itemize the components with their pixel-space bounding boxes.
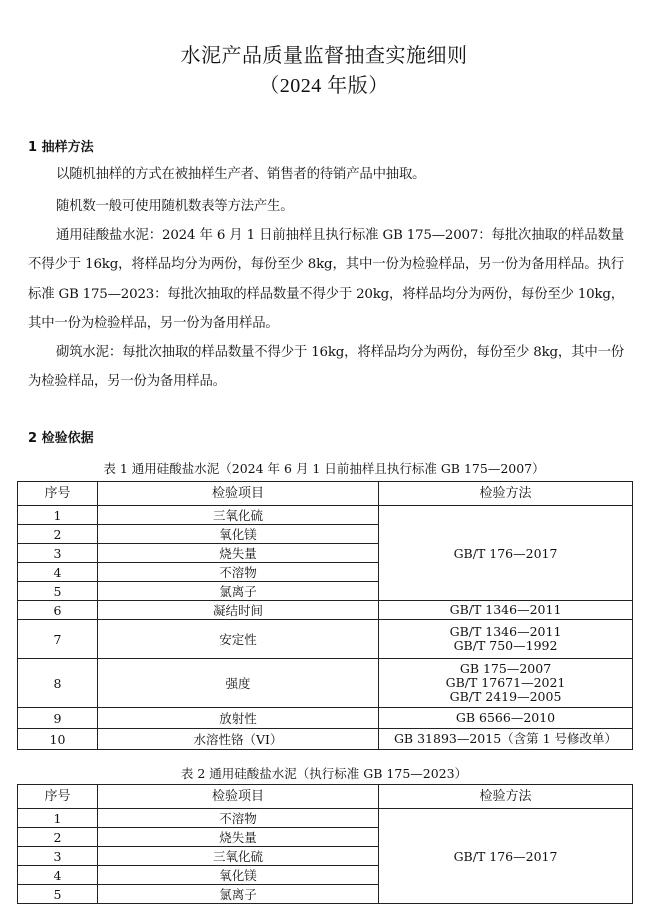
document-title: 水泥产品质量监督抽查实施细则: [0, 43, 648, 67]
row-method: GB 6566—2010: [379, 708, 633, 729]
row-item: 水溶性铬（VI）: [98, 729, 379, 750]
row-method-merged: GB/T 176—2017: [379, 809, 633, 904]
row-method: GB 31893—2015（含第 1 号修改单）: [379, 729, 633, 750]
row-method: GB 175—2007 GB/T 17671—2021 GB/T 2419—20…: [379, 659, 633, 708]
row-item: 烧失量: [98, 544, 379, 563]
row-no: 5: [18, 582, 98, 601]
row-no: 1: [18, 506, 98, 525]
table1-header-item: 检验项目: [98, 482, 379, 506]
row-item: 氧化镁: [98, 866, 379, 885]
row-no: 3: [18, 544, 98, 563]
table1-inspection-items: 序号 检验项目 检验方法 1 三氧化硫 GB/T 176—2017 2 氧化镁 …: [17, 481, 633, 750]
table1-header-row: 序号 检验项目 检验方法: [18, 482, 633, 506]
method-line: GB 6566—2010: [379, 711, 632, 725]
table-row: 1 三氧化硫 GB/T 176—2017: [18, 506, 633, 525]
method-line: GB/T 17671—2021: [379, 676, 632, 690]
paragraph-portland-cement-sampling: 通用硅酸盐水泥：2024 年 6 月 1 日前抽样且执行标准 GB 175—20…: [28, 221, 624, 338]
table2-caption: 表 2 通用硅酸盐水泥（执行标准 GB 175—2023）: [0, 766, 648, 782]
row-no: 5: [18, 885, 98, 904]
table-row: 6 凝结时间 GB/T 1346—2011: [18, 601, 633, 620]
table-row: 7 安定性 GB/T 1346—2011 GB/T 750—1992: [18, 620, 633, 659]
row-no: 4: [18, 563, 98, 582]
method-line: GB/T 2419—2005: [379, 690, 632, 704]
table2-header-item: 检验项目: [98, 785, 379, 809]
row-item: 三氧化硫: [98, 506, 379, 525]
row-item: 放射性: [98, 708, 379, 729]
method-line: GB/T 750—1992: [379, 639, 632, 653]
row-no: 9: [18, 708, 98, 729]
table-row: 8 强度 GB 175—2007 GB/T 17671—2021 GB/T 24…: [18, 659, 633, 708]
row-item: 氧化镁: [98, 525, 379, 544]
row-no: 10: [18, 729, 98, 750]
method-line: GB/T 1346—2011: [379, 603, 632, 617]
row-item: 凝结时间: [98, 601, 379, 620]
row-item: 三氧化硫: [98, 847, 379, 866]
row-item: 氯离子: [98, 885, 379, 904]
row-no: 1: [18, 809, 98, 828]
row-item: 不溶物: [98, 809, 379, 828]
row-no: 4: [18, 866, 98, 885]
row-method-merged: GB/T 176—2017: [379, 506, 633, 601]
table1-header-method: 检验方法: [379, 482, 633, 506]
row-item: 不溶物: [98, 563, 379, 582]
row-method: GB/T 1346—2011 GB/T 750—1992: [379, 620, 633, 659]
row-item: 强度: [98, 659, 379, 708]
method-line: GB/T 1346—2011: [379, 625, 632, 639]
row-no: 3: [18, 847, 98, 866]
row-no: 8: [18, 659, 98, 708]
table-row: 1 不溶物 GB/T 176—2017: [18, 809, 633, 828]
row-item: 氯离子: [98, 582, 379, 601]
row-no: 6: [18, 601, 98, 620]
row-method: GB/T 1346—2011: [379, 601, 633, 620]
table2-header-no: 序号: [18, 785, 98, 809]
method-line: GB 31893—2015（含第 1 号修改单）: [379, 732, 632, 746]
document-subtitle: （2024 年版）: [0, 74, 648, 98]
table-row: 9 放射性 GB 6566—2010: [18, 708, 633, 729]
table2-header-row: 序号 检验项目 检验方法: [18, 785, 633, 809]
table2-inspection-items: 序号 检验项目 检验方法 1 不溶物 GB/T 176—2017 2 烧失量 3…: [17, 784, 633, 904]
table1-header-no: 序号: [18, 482, 98, 506]
table1-caption: 表 1 通用硅酸盐水泥（2024 年 6 月 1 日前抽样且执行标准 GB 17…: [0, 461, 648, 477]
paragraph-masonry-cement-sampling: 砌筑水泥：每批次抽取的样品数量不得少于 16kg，将样品均分为两份，每份至少 8…: [28, 338, 624, 397]
row-no: 7: [18, 620, 98, 659]
paragraph-random-numbers: 随机数一般可使用随机数表等方法产生。: [28, 192, 624, 221]
row-no: 2: [18, 525, 98, 544]
row-item: 烧失量: [98, 828, 379, 847]
table2-header-method: 检验方法: [379, 785, 633, 809]
method-line: GB 175—2007: [379, 662, 632, 676]
table-row: 10 水溶性铬（VI） GB 31893—2015（含第 1 号修改单）: [18, 729, 633, 750]
row-item: 安定性: [98, 620, 379, 659]
section-heading-inspection-basis: 2 检验依据: [28, 430, 94, 448]
section-heading-sampling-method: 1 抽样方法: [28, 139, 94, 157]
row-no: 2: [18, 828, 98, 847]
paragraph-random-sampling: 以随机抽样的方式在被抽样生产者、销售者的待销产品中抽取。: [28, 160, 624, 189]
